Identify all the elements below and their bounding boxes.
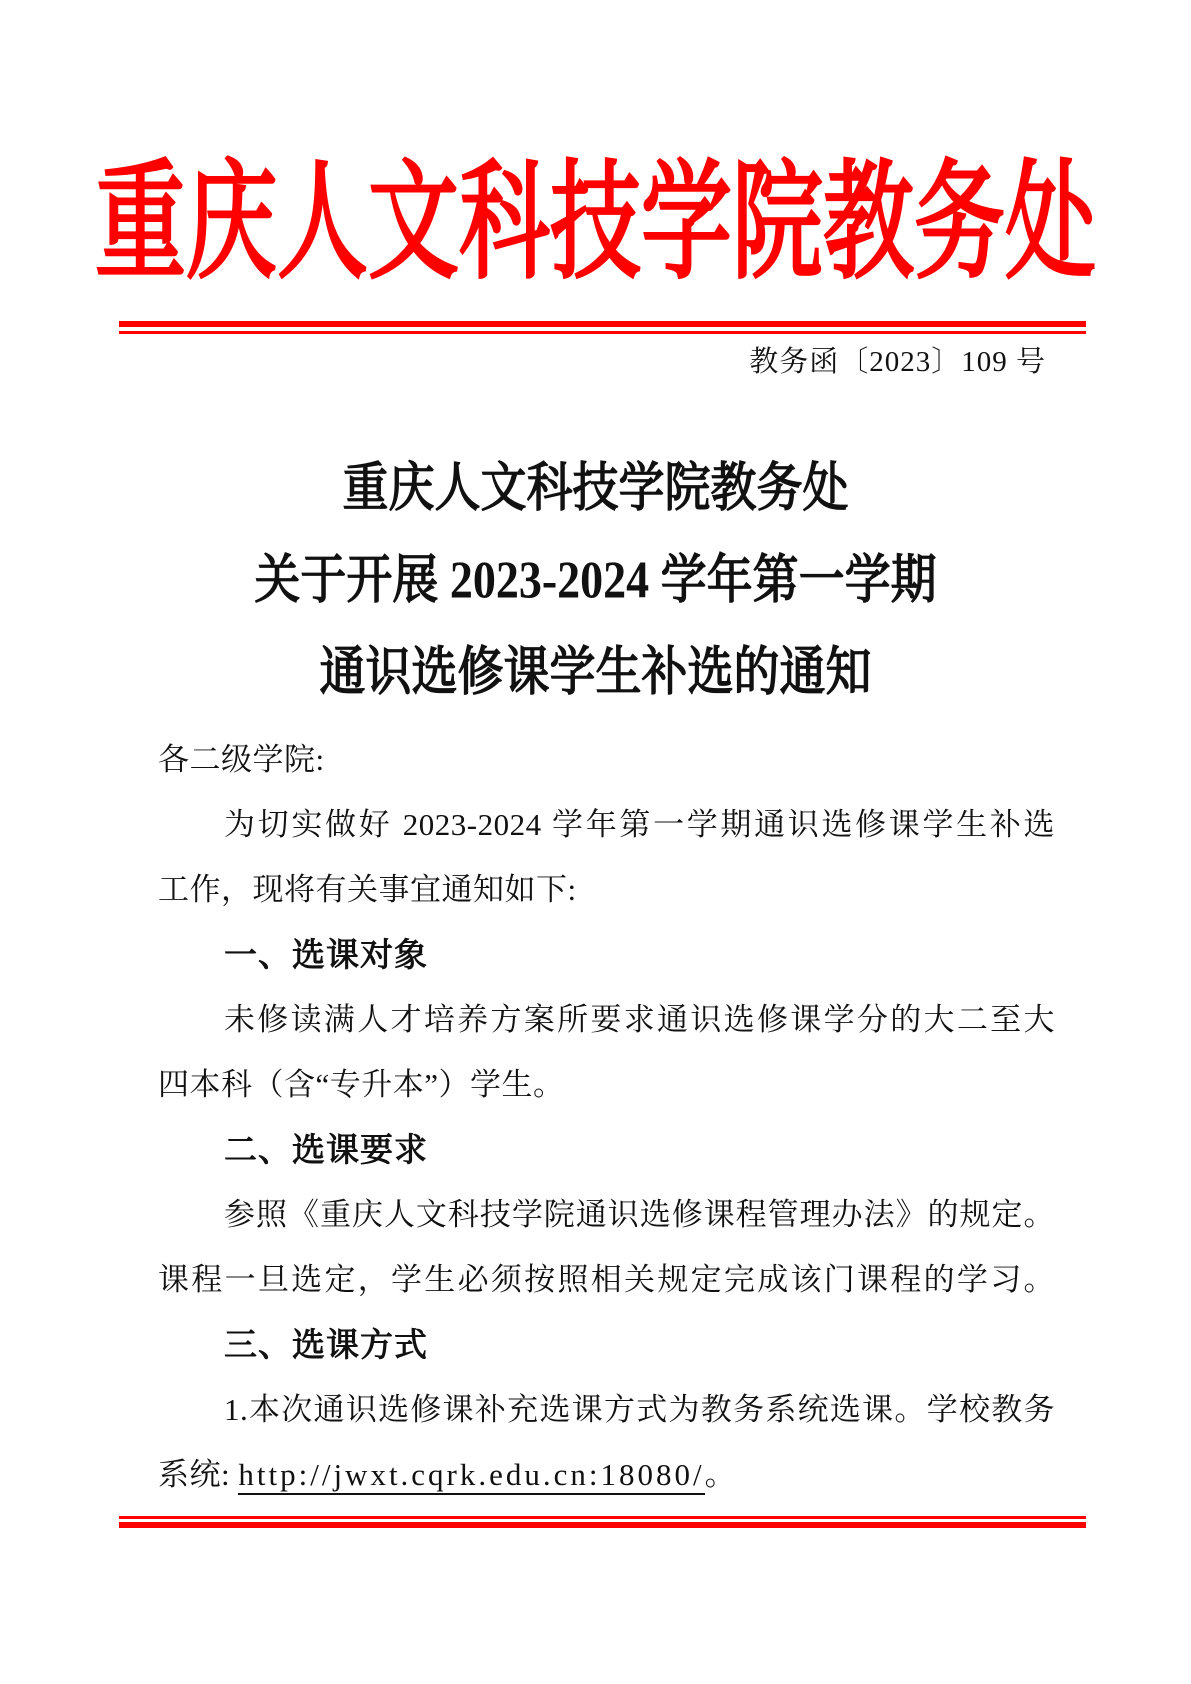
notice-title-line-3: 通识选修课学生补选的通知 [0, 626, 1191, 718]
paragraph-1-line-2: 工作，现将有关事宜通知如下: [158, 857, 1055, 922]
section-3-line-2: 系统: http://jwxt.cqrk.edu.cn:18080/。 [158, 1442, 1055, 1507]
paragraph-1-line-1: 为切实做好 2023-2024 学年第一学期通识选修课学生补选 [158, 792, 1055, 857]
notice-title: 重庆人文科技学院教务处 关于开展 2023-2024 学年第一学期 通识选修课学… [0, 442, 1191, 718]
section-3-line-1: 1.本次通识选修课补充选课方式为教务系统选课。学校教务 [158, 1377, 1055, 1442]
notice-document-page: 重庆人文科技学院教务处 教务函〔2023〕109 号 重庆人文科技学院教务处 关… [0, 0, 1191, 1684]
masthead-divider [119, 321, 1086, 334]
section-1-line-2: 四本科（含“专升本”）学生。 [158, 1052, 1055, 1117]
url-line-suffix: 。 [705, 1457, 737, 1492]
masthead-divider-thin-line [119, 331, 1086, 334]
section-heading-3: 三、选课方式 [158, 1312, 1055, 1377]
section-1-line-1: 未修读满人才培养方案所要求通识选修课学分的大二至大 [158, 987, 1055, 1052]
section-2-line-2: 课程一旦选定，学生必须按照相关规定完成该门课程的学习。 [158, 1247, 1055, 1312]
section-heading-1: 一、选课对象 [158, 922, 1055, 987]
notice-body: 各二级学院: 为切实做好 2023-2024 学年第一学期通识选修课学生补选 工… [158, 727, 1055, 1507]
footer-divider-thick-line [119, 1522, 1086, 1528]
section-heading-2: 二、选课要求 [158, 1117, 1055, 1182]
notice-title-line-1: 重庆人文科技学院教务处 [0, 442, 1191, 534]
document-reference-number: 教务函〔2023〕109 号 [119, 344, 1046, 380]
footer-divider [119, 1516, 1086, 1528]
url-line-prefix: 系统: [158, 1457, 238, 1492]
masthead-title: 重庆人文科技学院教务处 [0, 156, 1191, 291]
academic-system-url-link[interactable]: http://jwxt.cqrk.edu.cn:18080/ [238, 1457, 704, 1495]
section-2-line-1: 参照《重庆人文科技学院通识选修课程管理办法》的规定。 [158, 1182, 1055, 1247]
salutation: 各二级学院: [158, 727, 1055, 792]
notice-title-line-2: 关于开展 2023-2024 学年第一学期 [0, 534, 1191, 626]
